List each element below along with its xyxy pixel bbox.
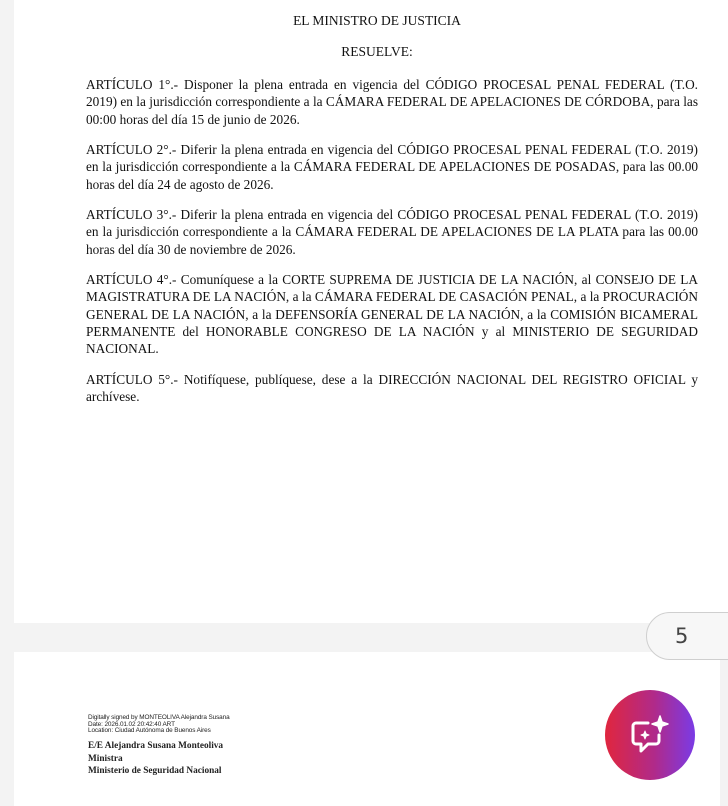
article-4: ARTÍCULO 4°.- Comuníquese a la CORTE SUP… xyxy=(86,271,698,357)
document-page: EL MINISTRO DE JUSTICIA RESUELVE: ARTÍCU… xyxy=(14,0,728,623)
resolve-heading: RESUELVE: xyxy=(20,44,728,60)
article-5: ARTÍCULO 5°.- Notifíquese, publíquese, d… xyxy=(86,371,698,406)
ai-chat-sparkle-icon xyxy=(626,711,674,759)
signer-block: E/E Alejandra Susana Monteoliva Ministra… xyxy=(88,740,223,778)
signature-location: Location: Ciudad Autónoma de Buenos Aire… xyxy=(88,728,230,735)
page-number-indicator[interactable]: 5 xyxy=(646,612,728,660)
article-3: ARTÍCULO 3°.- Diferir la plena entrada e… xyxy=(86,206,698,258)
article-1: ARTÍCULO 1°.- Disponer la plena entrada … xyxy=(86,76,698,128)
signer-ministry: Ministerio de Seguridad Nacional xyxy=(88,765,223,778)
article-2: ARTÍCULO 2°.- Diferir la plena entrada e… xyxy=(86,141,698,193)
signer-name: E/E Alejandra Susana Monteoliva xyxy=(88,740,223,753)
document-heading: EL MINISTRO DE JUSTICIA xyxy=(20,13,728,29)
page-number: 5 xyxy=(675,624,688,648)
digital-signature-stamp: Digitally signed by MONTEOLIVA Alejandra… xyxy=(88,715,230,735)
signer-role: Ministra xyxy=(88,753,223,766)
ai-assistant-button[interactable] xyxy=(605,690,695,780)
